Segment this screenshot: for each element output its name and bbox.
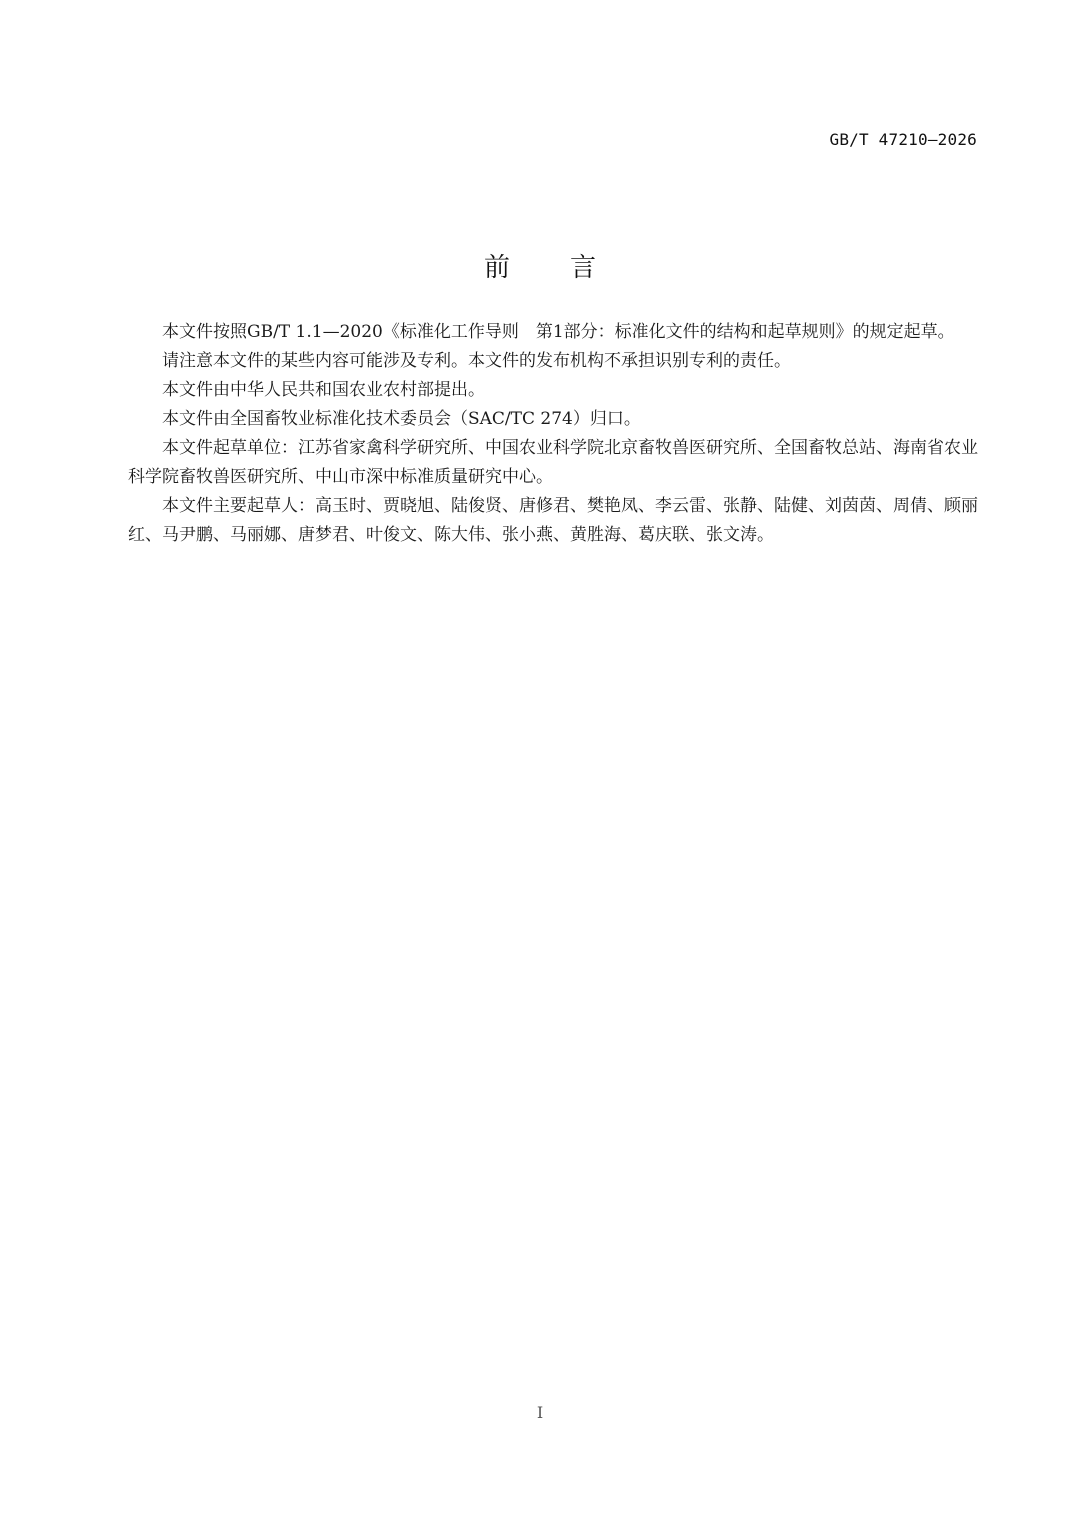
- paragraph-drafting-units: 本文件起草单位：江苏省家禽科学研究所、中国农业科学院北京畜牧兽医研究所、全国畜牧…: [128, 434, 978, 492]
- standard-number: GB/T 47210—2026: [830, 130, 978, 149]
- paragraph-patent-notice: 请注意本文件的某些内容可能涉及专利。本文件的发布机构不承担识别专利的责任。: [128, 347, 978, 376]
- title-char-2: 言: [570, 247, 596, 284]
- paragraph-main-drafters: 本文件主要起草人：高玉时、贾晓旭、陆俊贤、唐修君、樊艳凤、李云雷、张静、陆健、刘…: [128, 492, 978, 550]
- paragraph-proposer: 本文件由中华人民共和国农业农村部提出。: [128, 376, 978, 405]
- page-title: 前言: [0, 247, 1080, 284]
- page-number: I: [0, 1403, 1080, 1422]
- title-char-1: 前: [484, 247, 510, 284]
- paragraph-drafting-rules: 本文件按照GB/T 1.1—2020《标准化工作导则 第1部分：标准化文件的结构…: [128, 318, 978, 347]
- paragraph-technical-committee: 本文件由全国畜牧业标准化技术委员会（SAC/TC 274）归口。: [128, 405, 978, 434]
- foreword-body: 本文件按照GB/T 1.1—2020《标准化工作导则 第1部分：标准化文件的结构…: [128, 318, 978, 550]
